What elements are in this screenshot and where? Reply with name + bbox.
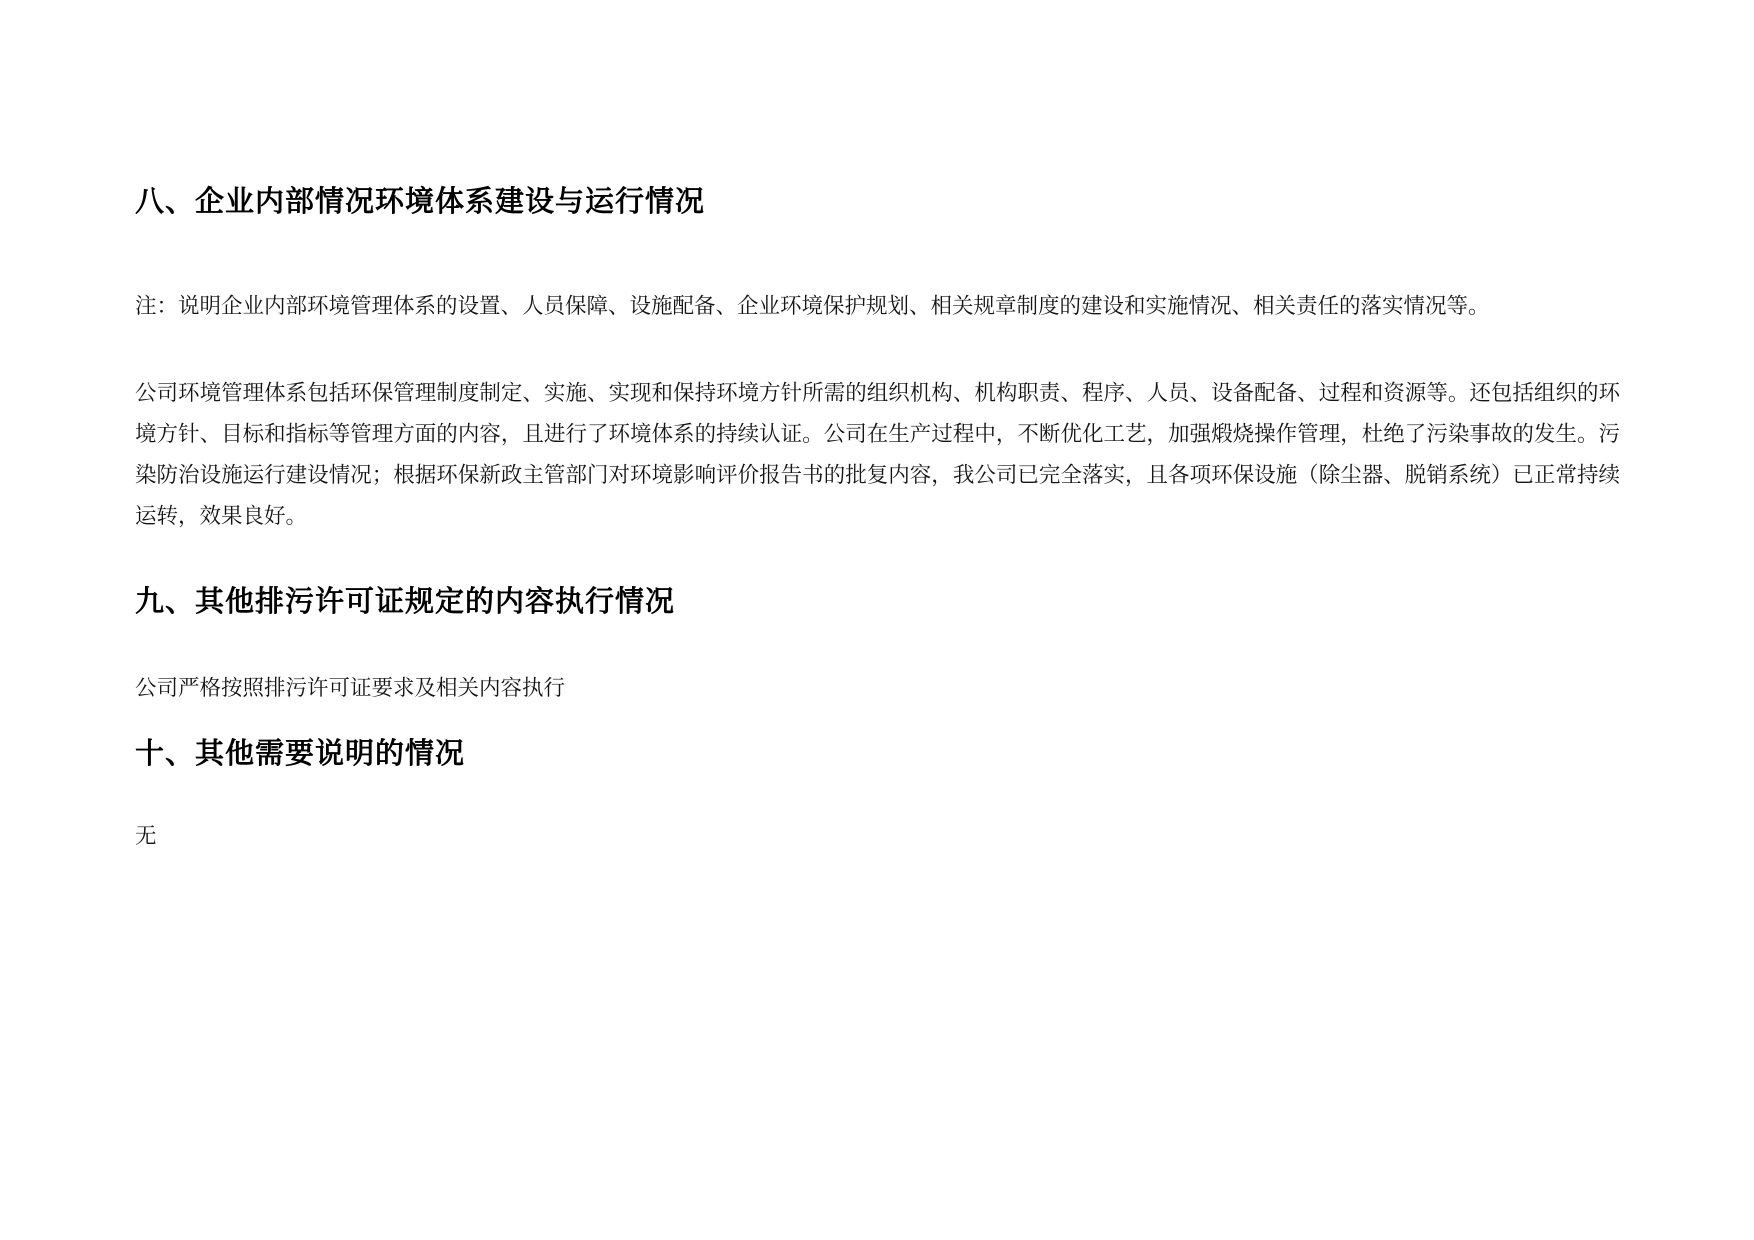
section-8-note: 注：说明企业内部环境管理体系的设置、人员保障、设施配备、企业环境保护规划、相关规… xyxy=(135,291,1620,321)
document-page: 八、企业内部情况环境体系建设与运行情况 注：说明企业内部环境管理体系的设置、人员… xyxy=(0,0,1754,1240)
section-9-body: 公司严格按照排污许可证要求及相关内容执行 xyxy=(135,673,1620,703)
section-8-heading: 八、企业内部情况环境体系建设与运行情况 xyxy=(135,183,1620,221)
section-8-body: 公司环境管理体系包括环保管理制度制定、实施、实现和保持环境方针所需的组织机构、机… xyxy=(135,373,1620,537)
section-9-heading: 九、其他排污许可证规定的内容执行情况 xyxy=(135,583,1620,621)
section-10-heading: 十、其他需要说明的情况 xyxy=(135,735,1620,773)
section-10-body: 无 xyxy=(135,821,1620,851)
